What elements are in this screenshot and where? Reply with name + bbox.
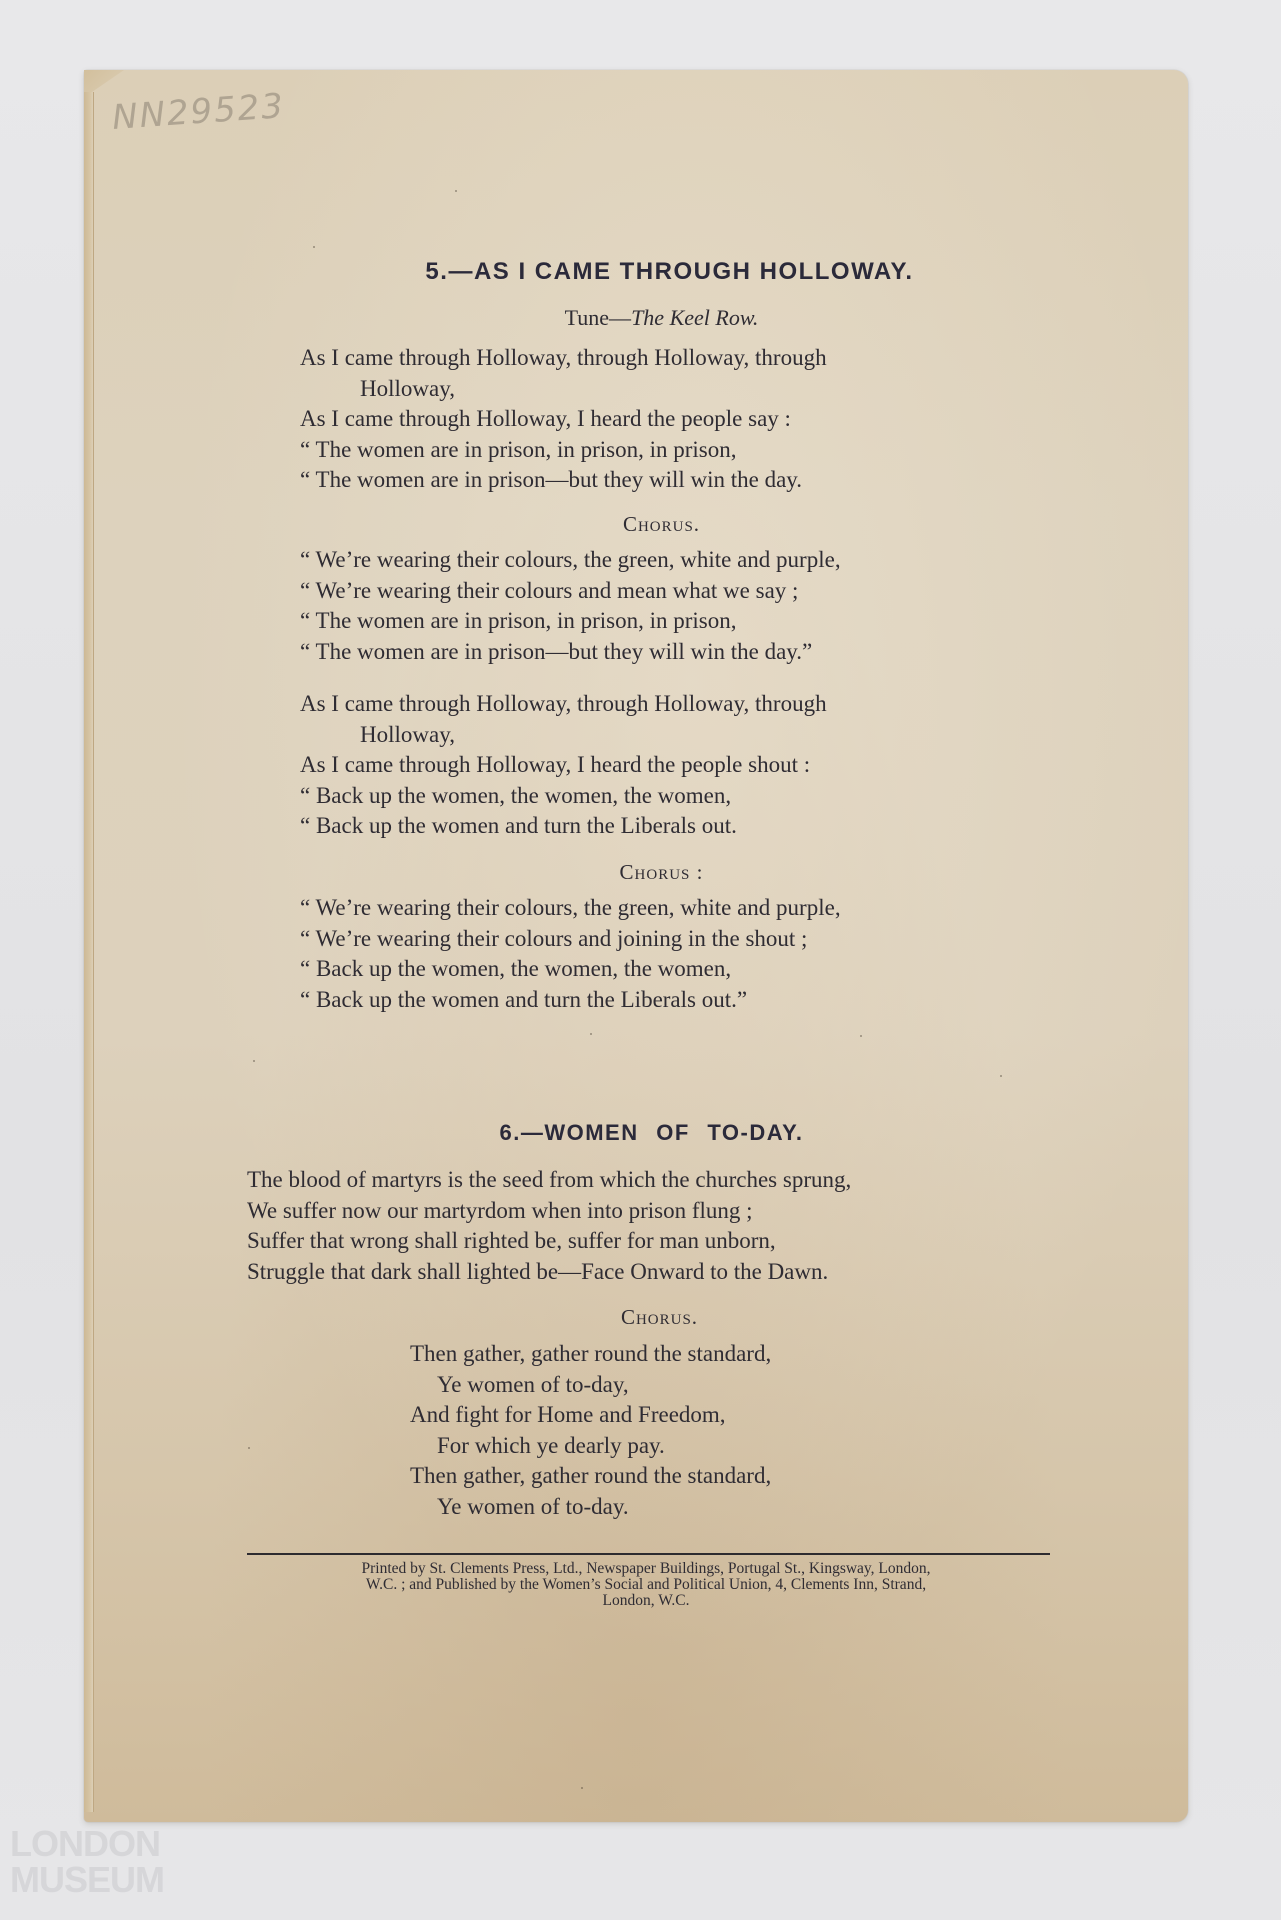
verse-line: We suffer now our martyrdom when into pr…	[247, 1196, 851, 1227]
tune-prefix: Tune—	[565, 305, 631, 330]
imprint-line: W.C. ; and Published by the Women’s Soci…	[240, 1577, 1052, 1593]
paper-speck	[1000, 1075, 1002, 1077]
song-5-chorus-1-label: Chorus.	[0, 512, 1281, 537]
song-6-chorus: Then gather, gather round the standard, …	[410, 1339, 771, 1522]
verse-line: Suffer that wrong shall righted be, suff…	[247, 1226, 851, 1257]
paper-speck	[455, 190, 457, 192]
chorus-line: “ The women are in prison—but they will …	[300, 637, 841, 668]
printer-imprint: Printed by St. Clements Press, Ltd., New…	[240, 1561, 1052, 1609]
chorus-line: Then gather, gather round the standard,	[410, 1461, 771, 1492]
watermark-line: LONDON	[10, 1826, 164, 1862]
song-5-chorus-2: “ We’re wearing their colours, the green…	[300, 893, 841, 1015]
paper-speck	[860, 1035, 862, 1037]
paper-speck	[581, 1787, 583, 1789]
verse-line: The blood of martyrs is the seed from wh…	[247, 1165, 851, 1196]
chorus-line: “ We’re wearing their colours, the green…	[300, 893, 841, 924]
chorus-line: “ Back up the women, the women, the wome…	[300, 954, 841, 985]
song-6-verse: The blood of martyrs is the seed from wh…	[247, 1165, 851, 1287]
chorus-line: “ We’re wearing their colours and mean w…	[300, 576, 841, 607]
chorus-line: “ Back up the women and turn the Liberal…	[300, 985, 841, 1016]
museum-watermark: LONDON MUSEUM	[10, 1826, 164, 1898]
verse-line: Struggle that dark shall lighted be—Face…	[247, 1257, 851, 1288]
watermark-line: MUSEUM	[10, 1862, 164, 1898]
paper-speck	[590, 1033, 592, 1035]
song-5-chorus-1: “ We’re wearing their colours, the green…	[300, 545, 841, 667]
verse-line: “ Back up the women, the women, the wome…	[300, 781, 827, 812]
verse-line: As I came through Holloway, I heard the …	[300, 750, 827, 781]
verse-line: “ The women are in prison—but they will …	[300, 465, 827, 496]
song-5-tune: Tune—The Keel Row.	[0, 305, 1281, 331]
chorus-line: Ye women of to-day,	[410, 1370, 771, 1401]
verse-line: As I came through Holloway, through Holl…	[300, 343, 827, 374]
song-6-title: 6.—WOMEN OF TO-DAY.	[0, 1120, 1281, 1146]
chorus-line: “ We’re wearing their colours, the green…	[300, 545, 841, 576]
paper-speck	[313, 246, 315, 248]
verse-line: Holloway,	[300, 720, 827, 751]
verse-line: “ Back up the women and turn the Liberal…	[300, 811, 827, 842]
paper-speck	[248, 1447, 250, 1449]
song-5-title: 5.—AS I CAME THROUGH HOLLOWAY.	[0, 258, 1281, 286]
imprint-rule	[247, 1553, 1050, 1555]
verse-line: As I came through Holloway, I heard the …	[300, 404, 827, 435]
song-5-chorus-2-label: Chorus :	[0, 860, 1281, 885]
song-5-verse-1: As I came through Holloway, through Holl…	[300, 343, 827, 496]
chorus-line: “ We’re wearing their colours and joinin…	[300, 924, 841, 955]
song-5-verse-2: As I came through Holloway, through Holl…	[300, 689, 827, 842]
verse-line: Holloway,	[300, 374, 827, 405]
page-fold-edge	[84, 92, 94, 1812]
imprint-line: Printed by St. Clements Press, Ltd., New…	[240, 1561, 1052, 1577]
chorus-line: Then gather, gather round the standard,	[410, 1339, 771, 1370]
song-6-chorus-label: Chorus.	[0, 1305, 1281, 1330]
chorus-line: For which ye dearly pay.	[410, 1431, 771, 1462]
verse-line: As I came through Holloway, through Holl…	[300, 689, 827, 720]
imprint-line: London, W.C.	[240, 1593, 1052, 1609]
chorus-line: And fight for Home and Freedom,	[410, 1400, 771, 1431]
verse-line: “ The women are in prison, in prison, in…	[300, 435, 827, 466]
chorus-line: “ The women are in prison, in prison, in…	[300, 606, 841, 637]
paper-speck	[253, 1060, 255, 1062]
page-corner	[84, 70, 124, 92]
chorus-line: Ye women of to-day.	[410, 1492, 771, 1523]
tune-name: The Keel Row.	[631, 305, 758, 330]
